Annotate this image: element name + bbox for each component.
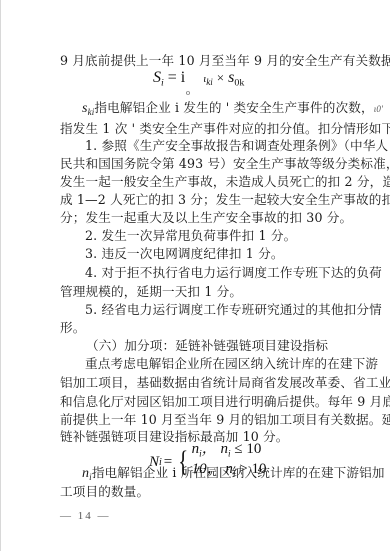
document-page: 9 月底前提供上一年 10 月至当年 9 月的安全生产有关数据。 Si = i … (0, 0, 390, 551)
paragraph-line: 管理规模的，延期一天扣 1 分。 (60, 284, 333, 300)
paragraph-line: 重点考虑电解铝企业所在园区纳入统计库的在建下游 (85, 356, 333, 372)
paragraph-line: 成 1—2 人死亡的扣 3 分；发生一起较大安全生产事故的扣 5 (60, 192, 333, 208)
paragraph-line: 和信息化厅对园区铝加工项目进行明确后提供。每年 9 月底 (60, 394, 333, 410)
paragraph-line: 民共和国国务院令第 493 号）安全生产事故等级分类标准， (60, 156, 333, 172)
paragraph-line: 分；发生一起重大及以上生产安全事故的扣 30 分。 (60, 210, 333, 226)
paragraph-line: 工项目的数量。 (60, 484, 333, 500)
formula-safety-score: Si = i ιki × s0k (153, 69, 244, 88)
formula-summation-mark: o (186, 88, 190, 97)
list-item-1: 1. 参照《生产安全事故报告和调查处理条例》（中华人 (85, 138, 333, 154)
page-number: — 14 — (60, 510, 111, 522)
paragraph-line-ski: ski指电解铝企业 i 发生的 ' 类安全生产事件的次数，ι0' (82, 100, 330, 120)
list-item-4: 4. 对于拒不执行省电力运行调度工作专班下达的负荷 (85, 265, 333, 281)
paragraph-line-ni: ni指电解铝企业 i 所在园区纳入统计库的在建下游铝加 (82, 465, 330, 485)
list-item-3: 3. 违反一次电网调度纪律扣 1 分。 (85, 246, 333, 262)
paragraph-line: 发生一起一般安全生产事故，未造成人员死亡的扣 2 分，造 (60, 174, 333, 190)
list-item-2: 2. 发生一次异常甩负荷事件扣 1 分。 (85, 228, 333, 244)
paragraph-line: 指发生 1 次 ' 类安全生产事件对应的扣分值。扣分情形如下： (60, 121, 333, 137)
paragraph-line: 前提供上一年 10 月至当年 9 月的铝加工项目有关数据。延 (60, 412, 333, 428)
section-heading: （六）加分项：延链补链强链项目建设指标 (86, 338, 359, 354)
paragraph-line: 形。 (60, 320, 333, 336)
paragraph-line: 9 月底前提供上一年 10 月至当年 9 月的安全生产有关数据。 (60, 53, 333, 69)
list-item-5: 5. 经省电力运行调度工作专班研究通过的其他扣分情 (85, 302, 333, 318)
case-1: ni， ni ≤ 10 (192, 442, 267, 462)
paragraph-line: 铝加工项目，基础数据由省统计局商省发展改革委、省工业 (60, 375, 333, 391)
